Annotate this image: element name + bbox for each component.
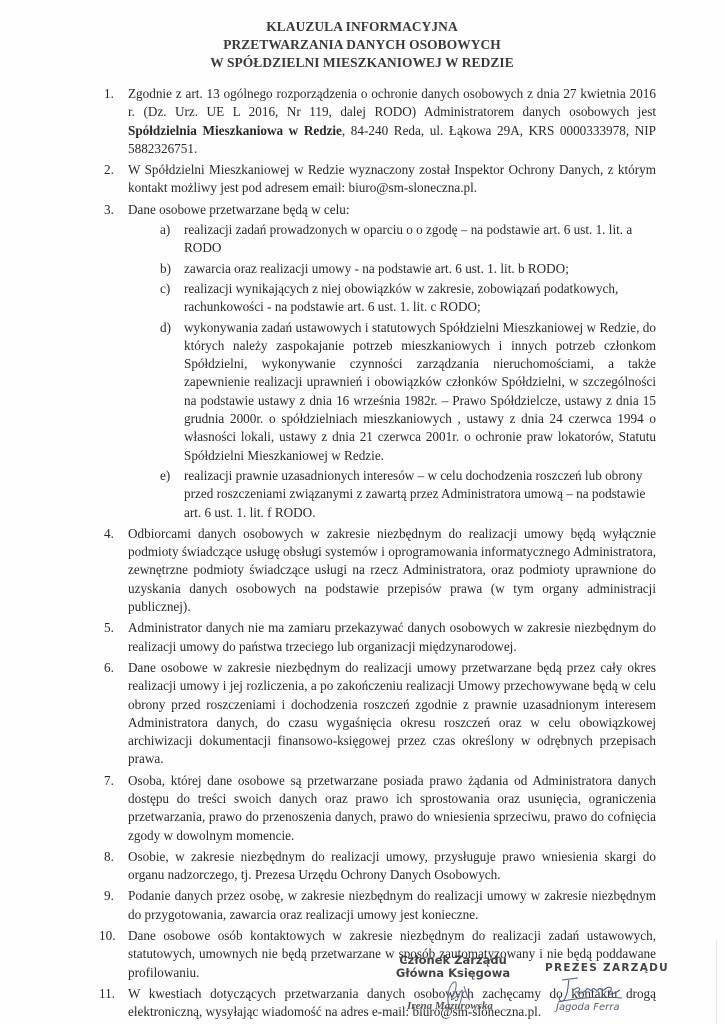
clause-item-3: 3. Dane osobowe przetwarzane będą w celu… [104,201,656,522]
clause-number: 2. [104,161,114,179]
clause-item-9: 9. Podanie danych przez osobę, w zakresi… [104,887,656,924]
purpose-letter: e) [160,467,170,485]
purpose-text: wykonywania zadań ustawowych i statutowy… [184,320,656,463]
document-page: KLAUZULA INFORMACYJNA PRZETWARZANIA DANY… [0,0,724,1024]
clause-text: W Spółdzielni Mieszkaniowej w Redzie wyz… [128,162,656,195]
purpose-item-a: a) realizacji zadań prowadzonych w oparc… [128,221,656,258]
clause-item-2: 2. W Spółdzielni Mieszkaniowej w Redzie … [104,161,656,198]
clause-text: Zgodnie z art. 13 ogólnego rozporządzeni… [128,86,656,119]
clause-item-8: 8. Osobie, w zakresie niezbędnym do real… [104,848,656,885]
clause-number: 6. [104,659,114,677]
clause-number: 3. [104,201,114,219]
purpose-letter: b) [160,260,171,278]
purpose-sublist: a) realizacji zadań prowadzonych w oparc… [128,221,656,522]
title-line-1: KLAUZULA INFORMACYJNA [0,18,724,36]
clause-text: Osobie, w zakresie niezbędnym do realiza… [128,849,656,882]
clause-number: 1. [104,85,114,103]
stamp-board-member: Członek Zarządu Główna Księgowa [388,954,518,980]
purpose-item-d: d) wykonywania zadań ustawowych i statut… [128,319,656,465]
clause-number: 8. [104,848,114,866]
clause-item-6: 6. Dane osobowe w zakresie niezbędnym do… [104,659,656,769]
administrator-name: Spółdzielnia Mieszkaniowa w Redzie [128,123,342,138]
purpose-text: realizacji zadań prowadzonych w oparciu … [184,222,632,255]
clause-text: Osoba, której dane osobowe są przetwarza… [128,773,656,843]
signer-name-right: Jagoda Ferra [556,1002,619,1013]
purpose-letter: c) [160,280,170,298]
signer-name-left: Irena Mazurowska [400,1000,500,1012]
stamp-president: PREZES ZARZĄDU [545,962,669,974]
clause-number: 4. [104,525,114,543]
clause-text: Dane osobowe przetwarzane będą w celu: [128,202,350,217]
purpose-letter: d) [160,319,171,337]
clause-text: Podanie danych przez osobę, w zakresie n… [128,888,656,921]
clause-text: Dane osobowe w zakresie niezbędnym do re… [128,660,656,766]
clause-text: Odbiorcami danych osobowych w zakresie n… [128,526,656,614]
clause-item-5: 5. Administrator danych nie ma zamiaru p… [104,619,656,656]
purpose-item-c: c) realizacji wynikających z niej obowią… [128,280,656,317]
purpose-letter: a) [160,221,170,239]
clause-item-4: 4. Odbiorcami danych osobowych w zakresi… [104,525,656,616]
clause-item-7: 7. Osoba, której dane osobowe są przetwa… [104,772,656,845]
clause-number: 11. [99,985,115,1003]
signature-scribble-right-icon [556,976,626,1004]
clause-number: 9. [104,887,114,905]
clause-list: 1. Zgodnie z art. 13 ogólnego rozporządz… [104,85,656,1024]
purpose-item-e: e) realizacji prawnie uzasadnionych inte… [128,467,656,522]
purpose-item-b: b) zawarcia oraz realizacji umowy - na p… [128,260,656,278]
purpose-text: zawarcia oraz realizacji umowy - na pods… [184,261,569,276]
clause-text: Administrator danych nie ma zamiaru prze… [128,620,656,653]
page-edge-divider [716,940,717,1024]
clause-number: 10. [99,927,115,945]
clause-number: 5. [104,619,114,637]
document-title: KLAUZULA INFORMACYJNA PRZETWARZANIA DANY… [0,18,724,72]
clause-number: 7. [104,772,114,790]
title-line-2: PRZETWARZANIA DANYCH OSOBOWYCH [0,36,724,54]
purpose-text: realizacji wynikających z niej obowiązkó… [184,281,618,314]
title-line-3: W SPÓŁDZIELNI MIESZKANIOWEJ W REDZIE [0,54,724,72]
purpose-text: realizacji prawnie uzasadnionych interes… [184,468,645,520]
clause-item-1: 1. Zgodnie z art. 13 ogólnego rozporządz… [104,85,656,158]
